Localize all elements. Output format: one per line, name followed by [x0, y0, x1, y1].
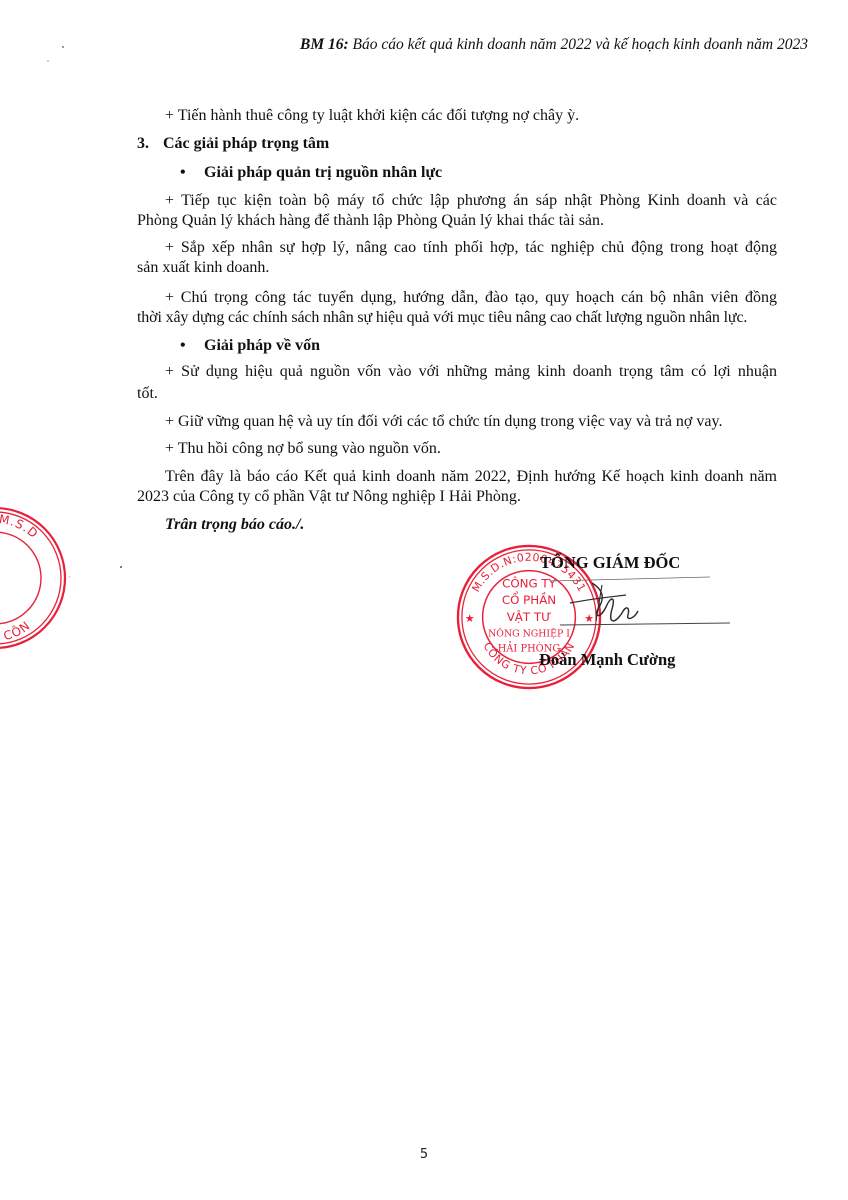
paragraph-line: + Sắp xếp nhân sự hợp lý, nâng cao tính …	[137, 238, 777, 257]
section-heading: 3.Các giải pháp trọng tâm	[137, 134, 329, 153]
signer-name: Đoàn Mạnh Cường	[539, 650, 675, 670]
company-stamp-partial: M.S.D CÔN ★	[0, 503, 70, 653]
paragraph-line: + Chú trọng công tác tuyển dụng, hướng d…	[137, 288, 777, 307]
document-page: BM 16: Báo cáo kết quả kinh doanh năm 20…	[0, 0, 848, 1200]
header-title: Báo cáo kết quả kinh doanh năm 2022 và k…	[353, 36, 808, 53]
stamp-star-icon: ★	[68, 573, 70, 584]
subsection-title: Giải pháp về vốn	[204, 337, 320, 354]
page-number: 5	[0, 1147, 848, 1162]
paragraph-line: thời xây dựng các chính sách nhân sự hiệ…	[137, 308, 747, 327]
scan-speck	[47, 60, 49, 62]
paragraph-line: + Sử dụng hiệu quả nguồn vốn vào với nhữ…	[137, 362, 777, 381]
header-code: BM 16:	[300, 36, 349, 53]
conclusion-line: 2023 của Công ty cổ phần Vật tư Nông ngh…	[137, 487, 521, 506]
stamp-top-text: M.S.D	[0, 512, 41, 541]
closing-text: Trân trọng báo cáo./.	[165, 515, 304, 534]
paragraph-line: Phòng Quản lý khách hàng để thành lập Ph…	[137, 211, 604, 230]
document-header: BM 16: Báo cáo kết quả kinh doanh năm 20…	[300, 36, 808, 54]
subsection-heading-hr: •Giải pháp quản trị nguồn nhân lực	[180, 163, 442, 182]
conclusion-line: Trên đây là báo cáo Kết quả kinh doanh n…	[137, 467, 777, 486]
bullet-icon: •	[180, 163, 204, 182]
handwritten-signature	[530, 575, 740, 645]
paragraph-line: tốt.	[137, 384, 158, 403]
scan-speck	[120, 566, 122, 568]
paragraph-line: sản xuất kinh doanh.	[137, 258, 269, 277]
bullet-icon: •	[180, 336, 204, 355]
subsection-title: Giải pháp quản trị nguồn nhân lực	[204, 164, 442, 181]
intro-item: + Tiến hành thuê công ty luật khởi kiện …	[165, 106, 579, 125]
paragraph-line: + Giữ vững quan hệ và uy tín đối với các…	[165, 412, 722, 431]
stamp-star-icon: ★	[465, 612, 475, 625]
svg-text:M.S.D: M.S.D	[0, 512, 41, 541]
signature-title: TỔNG GIÁM ĐỐC	[540, 553, 680, 573]
subsection-heading-capital: •Giải pháp về vốn	[180, 336, 320, 355]
scan-speck	[62, 46, 64, 48]
paragraph-line: + Thu hồi công nợ bổ sung vào nguồn vốn.	[165, 439, 441, 458]
section-number: 3.	[137, 134, 163, 153]
section-title: Các giải pháp trọng tâm	[163, 135, 329, 152]
paragraph-line: + Tiếp tục kiện toàn bộ máy tổ chức lập …	[137, 191, 777, 210]
